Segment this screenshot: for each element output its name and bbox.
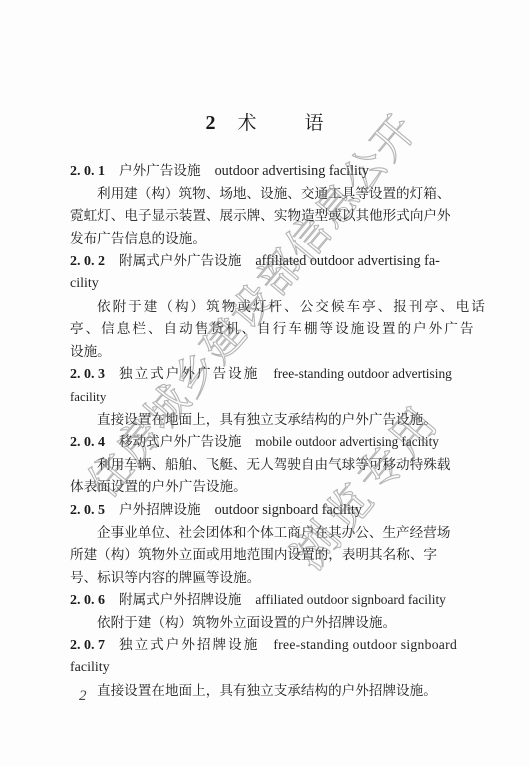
term-english: outdoor advertising facility (215, 163, 369, 179)
term-heading: 2. 0. 3独立式户外广告设施free-standing outdoor ad… (70, 363, 463, 386)
term-chinese: 户外招牌设施 (119, 502, 201, 518)
term-heading: 2. 0. 7独立式户外招牌设施free-standing outdoor si… (70, 634, 463, 657)
term-number: 2. 0. 2 (70, 254, 105, 269)
term-definition-line: 利用车辆、船舶、飞艇、无人驾驶自由气球等可移动特殊载 (70, 454, 463, 477)
term-english-continuation: facility (70, 386, 463, 409)
page-number: 2 (79, 688, 87, 705)
terms-list: 2. 0. 1户外广告设施outdoor advertising facilit… (70, 160, 463, 702)
chapter-heading: 2 术 语 (0, 108, 529, 135)
term-heading: 2. 0. 5户外招牌设施outdoor signboard facility (70, 499, 463, 522)
term-number: 2. 0. 3 (70, 367, 105, 382)
term-english: free-standing outdoor advertising (273, 366, 452, 381)
term-english: outdoor signboard facility (215, 502, 362, 518)
term-heading: 2. 0. 1户外广告设施outdoor advertising facilit… (70, 160, 463, 183)
term-chinese: 移动式户外广告设施 (119, 434, 241, 450)
chapter-title-char-2: 语 (305, 112, 324, 134)
term-heading: 2. 0. 2附属式户外广告设施affiliated outdoor adver… (70, 250, 463, 273)
term-number: 2. 0. 1 (70, 164, 105, 179)
term-definition-line: 所建（构）筑物外立面或用地范围内设置的，表明其名称、字 (70, 544, 463, 567)
term-number: 2. 0. 5 (70, 503, 105, 518)
term-definition-line: 体表面设置的户外广告设施。 (70, 476, 463, 499)
term-definition-line: 设施。 (70, 341, 463, 364)
term-number: 2. 0. 4 (70, 435, 105, 450)
term-english-continuation: facility (70, 657, 463, 680)
term-definition-line: 直接设置在地面上，具有独立支承结构的户外招牌设施。 (70, 680, 463, 703)
term-chinese: 户外广告设施 (119, 163, 201, 179)
term-definition-line: 利用建（构）筑物、场地、设施、交通工具等设置的灯箱、 (70, 183, 463, 206)
term-number: 2. 0. 6 (70, 593, 105, 608)
term-english: affiliated outdoor advertising fa- (255, 253, 440, 269)
term-definition-line: 霓虹灯、电子显示装置、展示牌、实物造型或以其他形式向户外 (70, 205, 463, 228)
term-chinese: 独立式户外招牌设施 (119, 637, 259, 653)
term-chinese: 附属式户外招牌设施 (119, 592, 241, 608)
term-english: free-standing outdoor signboard (273, 637, 457, 652)
document-page: 2 术 语 2. 0. 1户外广告设施outdoor advertising f… (0, 0, 529, 767)
term-english: affiliated outdoor signboard facility (255, 592, 446, 607)
term-definition-line: 发布广告信息的设施。 (70, 228, 463, 251)
term-english: mobile outdoor advertising facility (255, 434, 439, 449)
term-english-continuation: cility (70, 273, 463, 296)
term-definition-line: 依附于建（构）筑物外立面设置的户外招牌设施。 (70, 612, 463, 635)
term-definition-line: 亭、信息栏、自动售货机、自行车棚等设施设置的户外广告 (70, 318, 463, 341)
term-definition-line: 依附于建（构）筑物或灯杆、公交候车亭、报刊亭、电话 (70, 296, 463, 319)
term-number: 2. 0. 7 (70, 638, 105, 653)
term-chinese: 独立式户外广告设施 (119, 366, 259, 382)
term-chinese: 附属式户外广告设施 (119, 253, 241, 269)
term-heading: 2. 0. 4移动式户外广告设施mobile outdoor advertisi… (70, 431, 463, 454)
chapter-number: 2 (205, 112, 215, 134)
chapter-title-char-1: 术 (237, 112, 256, 134)
term-definition-line: 直接设置在地面上，具有独立支承结构的户外广告设施。 (70, 409, 463, 432)
term-heading: 2. 0. 6附属式户外招牌设施affiliated outdoor signb… (70, 589, 463, 612)
term-definition-line: 企事业单位、社会团体和个体工商户在其办公、生产经营场 (70, 522, 463, 545)
term-definition-line: 号、标识等内容的牌匾等设施。 (70, 567, 463, 590)
